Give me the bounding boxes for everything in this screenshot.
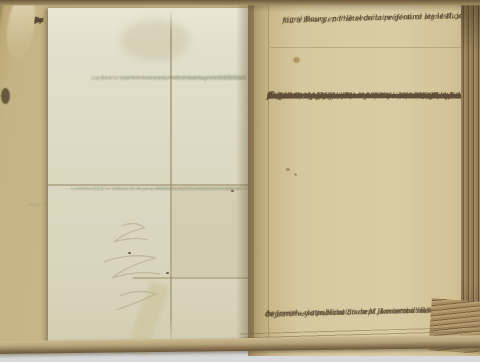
handwritten-line: nous et le secrétaire de la mairie prése… [267, 91, 479, 102]
bleed-print-line: à la mairie de la commune de Jarrie, arr… [99, 74, 246, 83]
header-separator-line [270, 47, 462, 48]
ink-speck [128, 252, 131, 254]
vertical-fold-crease [170, 8, 172, 345]
paper-stain [120, 20, 190, 60]
manuscript-photo: pybamBhemialahbpfop — et du —— signé —— … [0, 0, 480, 362]
foxing-stain [293, 57, 300, 63]
ink-blot [1, 88, 10, 104]
faint-squiggle-marks [92, 218, 182, 318]
foxing-stain [294, 173, 297, 176]
bleed-line: — l'an — [26, 198, 46, 213]
margin-fragment: p [34, 15, 39, 27]
page-stack-shading [461, 0, 480, 352]
foxing-stain [286, 168, 290, 171]
left-margin-rule-line [268, 6, 269, 346]
ink-speck [166, 272, 169, 274]
book-top-edge [0, 0, 480, 6]
horizontal-fold-crease-lower [133, 277, 248, 279]
gutter-shadow [236, 0, 254, 350]
